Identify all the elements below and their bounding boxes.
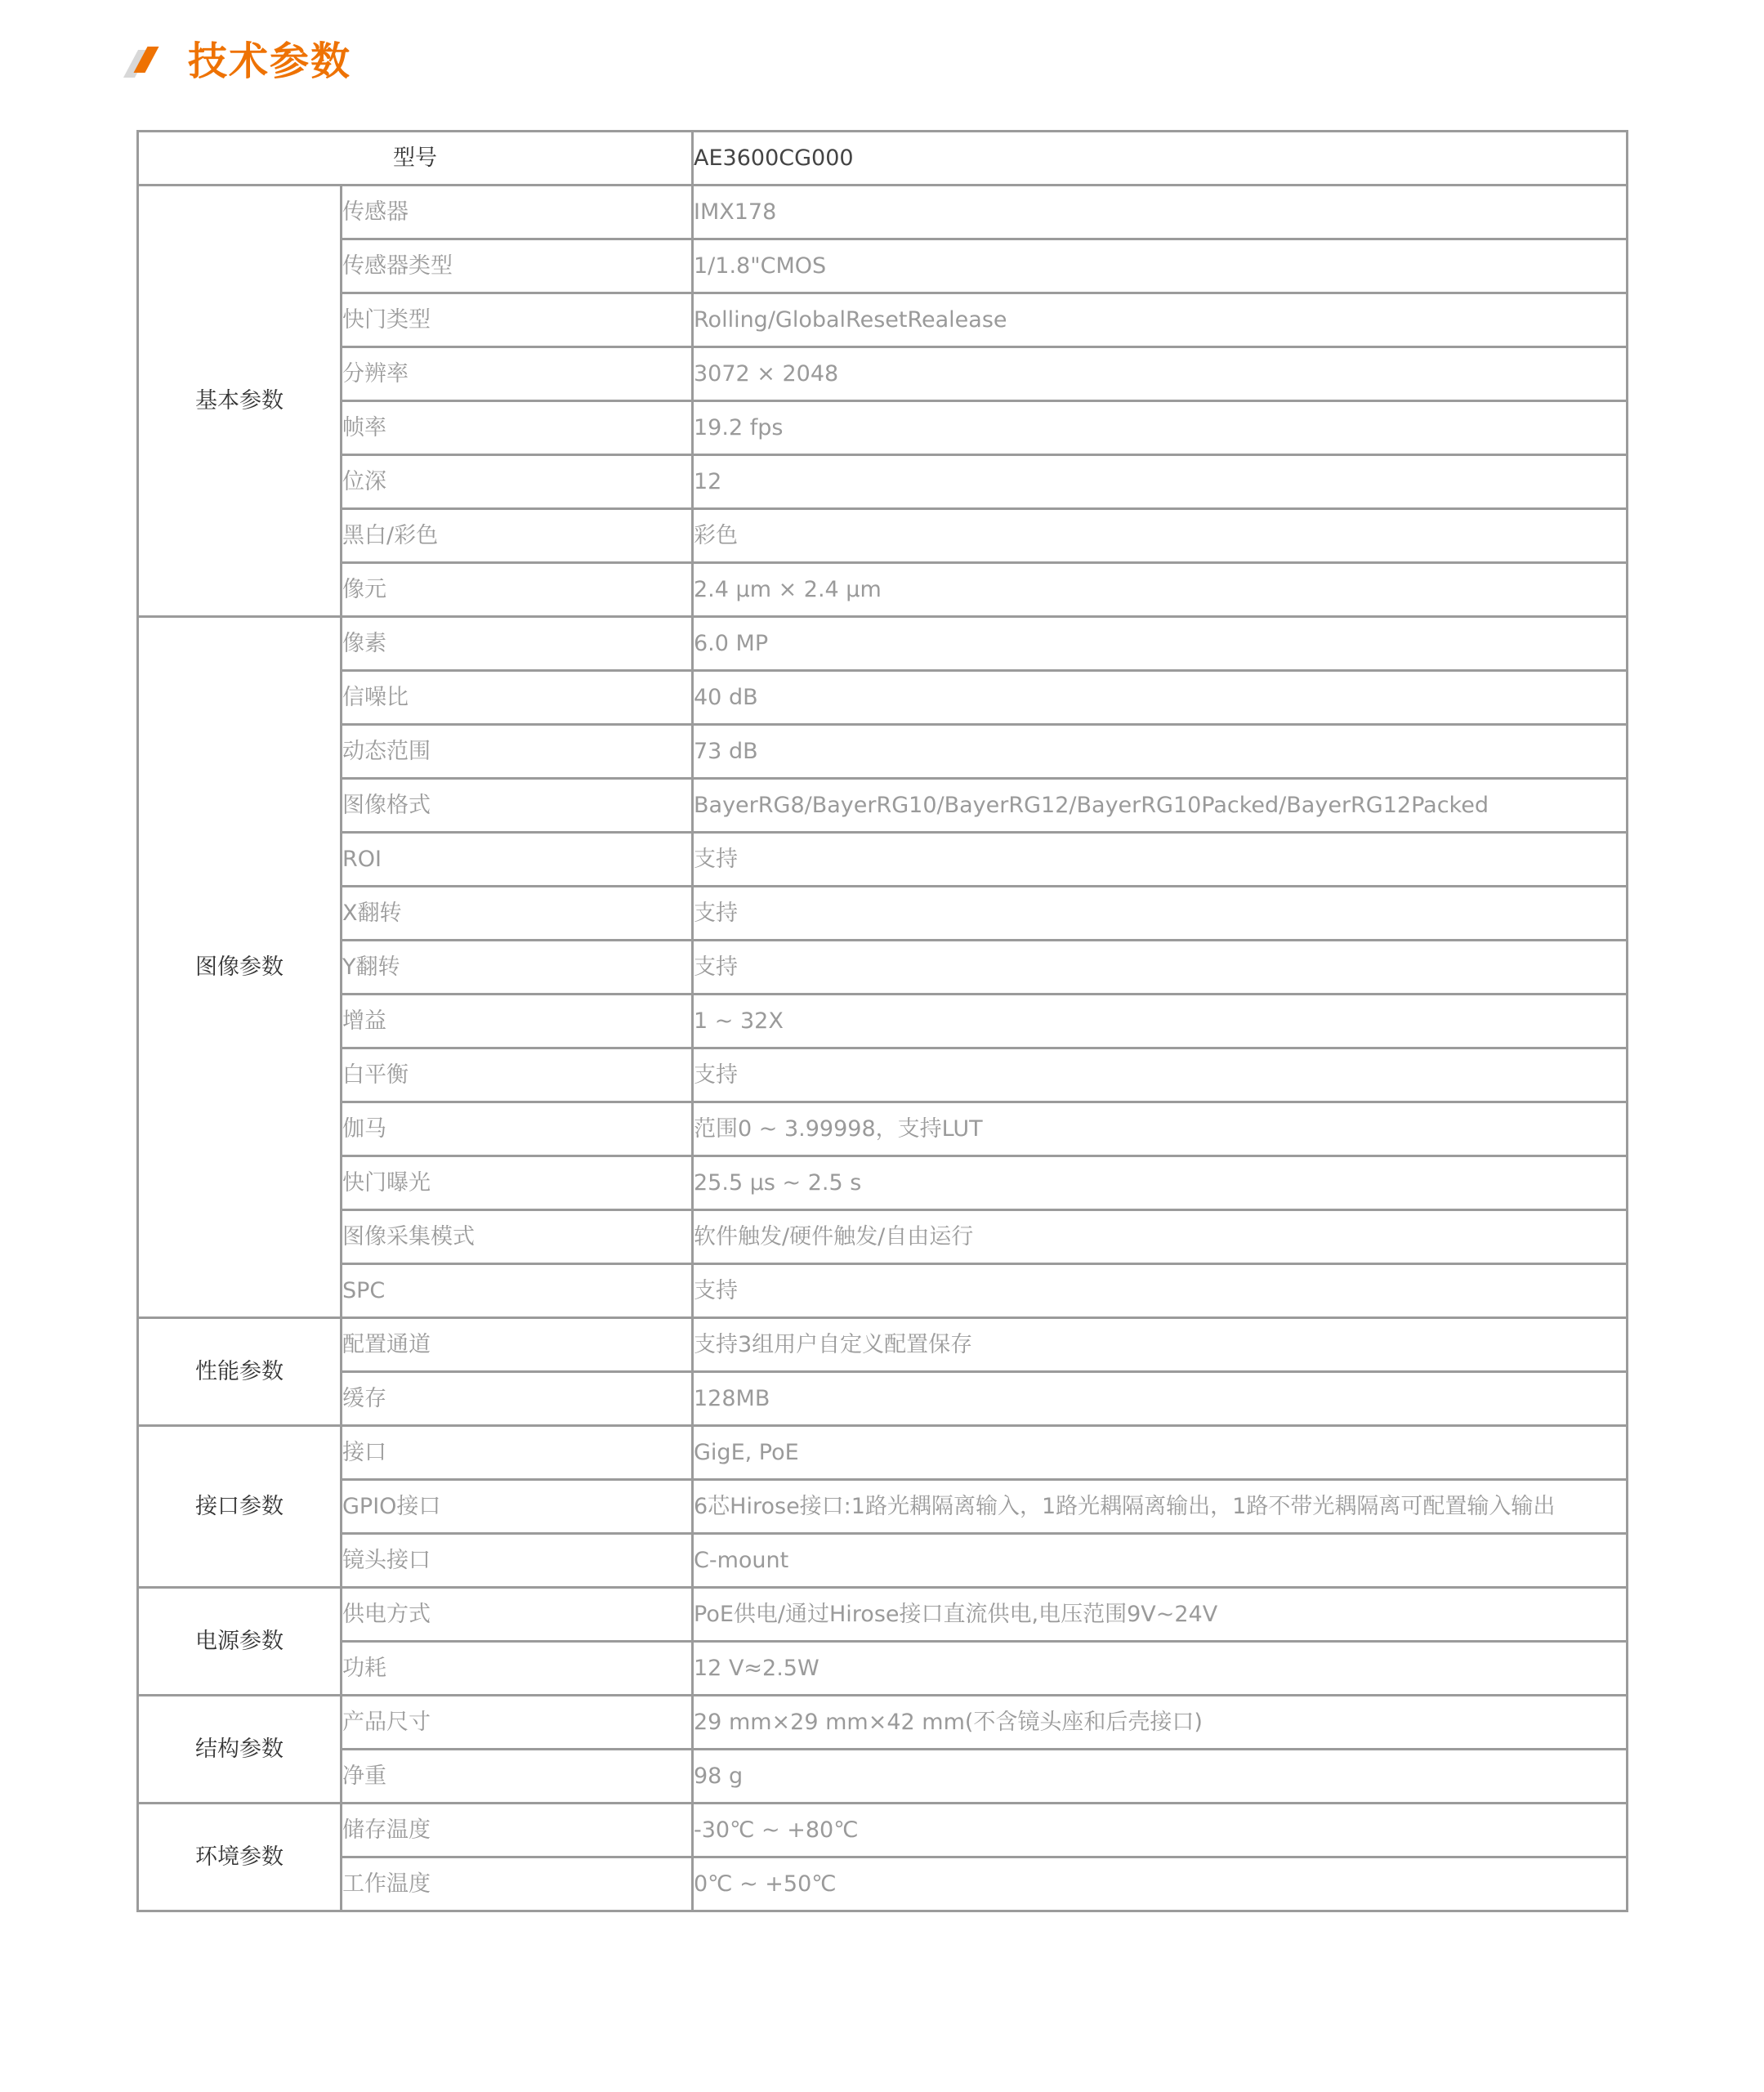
table-row: 信噪比40 dB xyxy=(138,671,1628,725)
param-name: 传感器 xyxy=(342,186,693,239)
param-name: 镜头接口 xyxy=(342,1534,693,1588)
group-label: 图像参数 xyxy=(138,617,342,1318)
model-value: AE3600CG000 xyxy=(693,132,1628,186)
param-name: SPC xyxy=(342,1264,693,1318)
table-row: 图像格式BayerRG8/BayerRG10/BayerRG12/BayerRG… xyxy=(138,779,1628,833)
table-row: Y翻转支持 xyxy=(138,941,1628,995)
group-label: 接口参数 xyxy=(138,1426,342,1588)
group-label: 性能参数 xyxy=(138,1318,342,1426)
param-value: 彩色 xyxy=(693,509,1628,563)
table-row: 快门类型Rolling/GlobalResetRealease xyxy=(138,293,1628,347)
param-name: 信噪比 xyxy=(342,671,693,725)
param-name: 工作温度 xyxy=(342,1857,693,1911)
table-row: 分辨率3072 × 2048 xyxy=(138,347,1628,401)
orange-slash-icon xyxy=(129,45,167,78)
table-row: 结构参数产品尺寸29 mm×29 mm×42 mm(不含镜头座和后壳接口) xyxy=(138,1696,1628,1750)
table-header-row: 型号 AE3600CG000 xyxy=(138,132,1628,186)
param-value: 19.2 fps xyxy=(693,401,1628,455)
group-label: 电源参数 xyxy=(138,1588,342,1696)
param-value: 29 mm×29 mm×42 mm(不含镜头座和后壳接口) xyxy=(693,1696,1628,1750)
param-name: 白平衡 xyxy=(342,1048,693,1102)
table-row: 白平衡支持 xyxy=(138,1048,1628,1102)
param-value: 1/1.8"CMOS xyxy=(693,239,1628,293)
table-row: SPC支持 xyxy=(138,1264,1628,1318)
table-row: 接口参数接口GigE, PoE xyxy=(138,1426,1628,1480)
page-title: 技术参数 xyxy=(188,42,351,81)
param-name: 供电方式 xyxy=(342,1588,693,1642)
param-name: 像素 xyxy=(342,617,693,671)
table-row: ROI支持 xyxy=(138,833,1628,887)
param-value: Rolling/GlobalResetRealease xyxy=(693,293,1628,347)
param-value: 73 dB xyxy=(693,725,1628,779)
table-row: 帧率19.2 fps xyxy=(138,401,1628,455)
table-row: 缓存128MB xyxy=(138,1372,1628,1426)
table-row: 像元2.4 μm × 2.4 μm xyxy=(138,563,1628,617)
param-value: 支持 xyxy=(693,1264,1628,1318)
param-name: 储存温度 xyxy=(342,1804,693,1857)
table-row: 增益1 ~ 32X xyxy=(138,995,1628,1048)
param-value: 3072 × 2048 xyxy=(693,347,1628,401)
param-value: GigE, PoE xyxy=(693,1426,1628,1480)
table-row: 快门曝光25.5 μs ~ 2.5 s xyxy=(138,1156,1628,1210)
param-name: 黑白/彩色 xyxy=(342,509,693,563)
param-name: 快门类型 xyxy=(342,293,693,347)
param-name: 动态范围 xyxy=(342,725,693,779)
table-row: X翻转支持 xyxy=(138,887,1628,941)
param-value: 1 ~ 32X xyxy=(693,995,1628,1048)
param-value: 支持 xyxy=(693,887,1628,941)
table-row: 工作温度0℃ ~ +50℃ xyxy=(138,1857,1628,1911)
param-value: 0℃ ~ +50℃ xyxy=(693,1857,1628,1911)
param-value: 40 dB xyxy=(693,671,1628,725)
param-value: 128MB xyxy=(693,1372,1628,1426)
param-value: 6.0 MP xyxy=(693,617,1628,671)
table-row: 图像参数像素6.0 MP xyxy=(138,617,1628,671)
param-name: 缓存 xyxy=(342,1372,693,1426)
table-row: 性能参数配置通道支持3组用户自定义配置保存 xyxy=(138,1318,1628,1372)
param-value: 6芯Hirose接口:1路光耦隔离输入，1路光耦隔离输出，1路不带光耦隔离可配置… xyxy=(693,1480,1628,1534)
param-name: ROI xyxy=(342,833,693,887)
table-row: 功耗12 V≈2.5W xyxy=(138,1642,1628,1696)
group-label: 基本参数 xyxy=(138,186,342,617)
table-row: 位深12 xyxy=(138,455,1628,509)
table-row: 图像采集模式软件触发/硬件触发/自由运行 xyxy=(138,1210,1628,1264)
param-value: 支持 xyxy=(693,941,1628,995)
table-row: 伽马范围0 ~ 3.99998，支持LUT xyxy=(138,1102,1628,1156)
param-value: 98 g xyxy=(693,1750,1628,1804)
param-name: 功耗 xyxy=(342,1642,693,1696)
param-name: 帧率 xyxy=(342,401,693,455)
param-value: 2.4 μm × 2.4 μm xyxy=(693,563,1628,617)
param-name: X翻转 xyxy=(342,887,693,941)
model-label: 型号 xyxy=(138,132,693,186)
spec-table: 型号 AE3600CG000 基本参数传感器IMX178传感器类型1/1.8"C… xyxy=(136,130,1628,1912)
param-value: IMX178 xyxy=(693,186,1628,239)
param-name: GPIO接口 xyxy=(342,1480,693,1534)
param-name: 产品尺寸 xyxy=(342,1696,693,1750)
param-name: 配置通道 xyxy=(342,1318,693,1372)
param-value: 12 xyxy=(693,455,1628,509)
param-name: 增益 xyxy=(342,995,693,1048)
table-row: 黑白/彩色彩色 xyxy=(138,509,1628,563)
param-name: 图像采集模式 xyxy=(342,1210,693,1264)
table-row: 动态范围73 dB xyxy=(138,725,1628,779)
param-name: Y翻转 xyxy=(342,941,693,995)
table-row: 净重98 g xyxy=(138,1750,1628,1804)
param-value: 支持3组用户自定义配置保存 xyxy=(693,1318,1628,1372)
param-value: 12 V≈2.5W xyxy=(693,1642,1628,1696)
param-value: 支持 xyxy=(693,833,1628,887)
table-row: 基本参数传感器IMX178 xyxy=(138,186,1628,239)
param-value: BayerRG8/BayerRG10/BayerRG12/BayerRG10Pa… xyxy=(693,779,1628,833)
param-name: 位深 xyxy=(342,455,693,509)
param-name: 图像格式 xyxy=(342,779,693,833)
group-label: 结构参数 xyxy=(138,1696,342,1804)
spec-table-body: 型号 AE3600CG000 基本参数传感器IMX178传感器类型1/1.8"C… xyxy=(138,132,1628,1911)
param-name: 快门曝光 xyxy=(342,1156,693,1210)
param-value: PoE供电/通过Hirose接口直流供电,电压范围9V~24V xyxy=(693,1588,1628,1642)
param-name: 分辨率 xyxy=(342,347,693,401)
table-row: GPIO接口6芯Hirose接口:1路光耦隔离输入，1路光耦隔离输出，1路不带光… xyxy=(138,1480,1628,1534)
param-value: 范围0 ~ 3.99998，支持LUT xyxy=(693,1102,1628,1156)
param-name: 传感器类型 xyxy=(342,239,693,293)
section-header: 技术参数 xyxy=(129,33,351,90)
table-row: 电源参数供电方式PoE供电/通过Hirose接口直流供电,电压范围9V~24V xyxy=(138,1588,1628,1642)
table-row: 传感器类型1/1.8"CMOS xyxy=(138,239,1628,293)
table-row: 镜头接口C-mount xyxy=(138,1534,1628,1588)
param-name: 净重 xyxy=(342,1750,693,1804)
param-value: 支持 xyxy=(693,1048,1628,1102)
param-value: C-mount xyxy=(693,1534,1628,1588)
table-row: 环境参数储存温度-30℃ ~ +80℃ xyxy=(138,1804,1628,1857)
param-value: 软件触发/硬件触发/自由运行 xyxy=(693,1210,1628,1264)
param-name: 伽马 xyxy=(342,1102,693,1156)
param-value: 25.5 μs ~ 2.5 s xyxy=(693,1156,1628,1210)
group-label: 环境参数 xyxy=(138,1804,342,1911)
param-name: 接口 xyxy=(342,1426,693,1480)
param-value: -30℃ ~ +80℃ xyxy=(693,1804,1628,1857)
param-name: 像元 xyxy=(342,563,693,617)
